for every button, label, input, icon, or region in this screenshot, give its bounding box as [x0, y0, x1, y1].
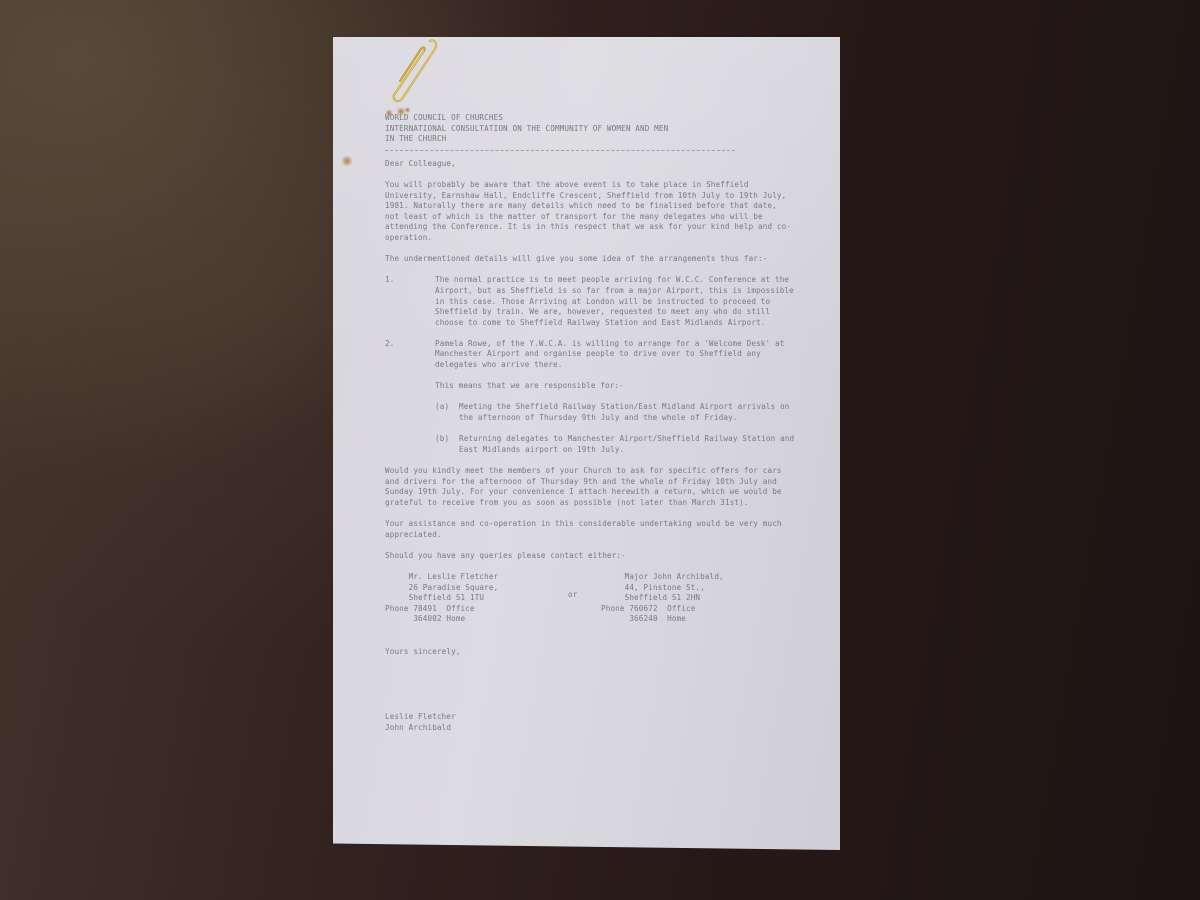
salutation: Dear Colleague,	[385, 159, 795, 170]
signatories: Leslie Fletcher John Archibald	[385, 712, 795, 733]
contact-line: Phone 78491 Office	[385, 604, 498, 615]
item-number: 1.	[385, 275, 435, 328]
letter-body: WORLD COUNCIL OF CHURCHES INTERNATIONAL …	[385, 113, 795, 733]
header-line: IN THE CHURCH	[385, 134, 795, 145]
contact-line: Major John Archibald,	[601, 572, 724, 583]
header-line: INTERNATIONAL CONSULTATION ON THE COMMUN…	[385, 124, 795, 135]
contact-line: Mr. Leslie Fletcher	[385, 572, 498, 583]
contact-line: 366240 Home	[601, 614, 724, 625]
contact-line: Phone 760672 Office	[601, 604, 724, 615]
contact-line: Sheffield S1 2HN	[601, 593, 724, 604]
contact-line: Sheffield S1 1TU	[385, 593, 498, 604]
lettered-item: (b) Returning delegates to Manchester Ai…	[435, 434, 795, 455]
paragraph: Should you have any queries please conta…	[385, 551, 795, 562]
item-label: (a)	[435, 402, 459, 423]
paragraph: The undermentioned details will give you…	[385, 254, 795, 265]
contact-fletcher: Mr. Leslie Fletcher 26 Paradise Square, …	[385, 572, 498, 625]
or-label: or	[568, 590, 577, 601]
paragraph: Would you kindly meet the members of you…	[385, 466, 795, 508]
paragraph: You will probably be aware that the abov…	[385, 180, 795, 244]
contact-block: Mr. Leslie Fletcher 26 Paradise Square, …	[385, 572, 795, 636]
numbered-item: 2. Pamela Rowe, of the Y.W.C.A. is willi…	[385, 339, 795, 371]
signatory: John Archibald	[385, 723, 795, 734]
lettered-item: (a) Meeting the Sheffield Railway Statio…	[435, 402, 795, 423]
contact-line: 44, Pinstone St.,	[601, 583, 724, 594]
item-number: 2.	[385, 339, 435, 371]
contact-archibald: Major John Archibald, 44, Pinstone St., …	[601, 572, 724, 625]
letter-header: WORLD COUNCIL OF CHURCHES INTERNATIONAL …	[385, 113, 795, 145]
closing: Yours sincerely,	[385, 647, 795, 658]
numbered-item: 1. The normal practice is to meet people…	[385, 275, 795, 328]
item-text: The normal practice is to meet people ar…	[435, 275, 795, 328]
paragraph: Your assistance and co-operation in this…	[385, 519, 795, 540]
item-label: (b)	[435, 434, 459, 455]
contact-line: 364002 Home	[385, 614, 498, 625]
paperclip-icon	[380, 37, 440, 107]
letter-page: WORLD COUNCIL OF CHURCHES INTERNATIONAL …	[333, 37, 840, 850]
rust-stain	[341, 155, 353, 167]
item-text: Returning delegates to Manchester Airpor…	[459, 434, 795, 455]
contact-line: 26 Paradise Square,	[385, 583, 498, 594]
header-line: WORLD COUNCIL OF CHURCHES	[385, 113, 795, 124]
item-text: Pamela Rowe, of the Y.W.C.A. is willing …	[435, 339, 795, 371]
item-text: Meeting the Sheffield Railway Station/Ea…	[459, 402, 795, 423]
signatory: Leslie Fletcher	[385, 712, 795, 723]
header-divider	[385, 150, 735, 151]
responsible-intro: This means that we are responsible for:-	[435, 381, 795, 392]
